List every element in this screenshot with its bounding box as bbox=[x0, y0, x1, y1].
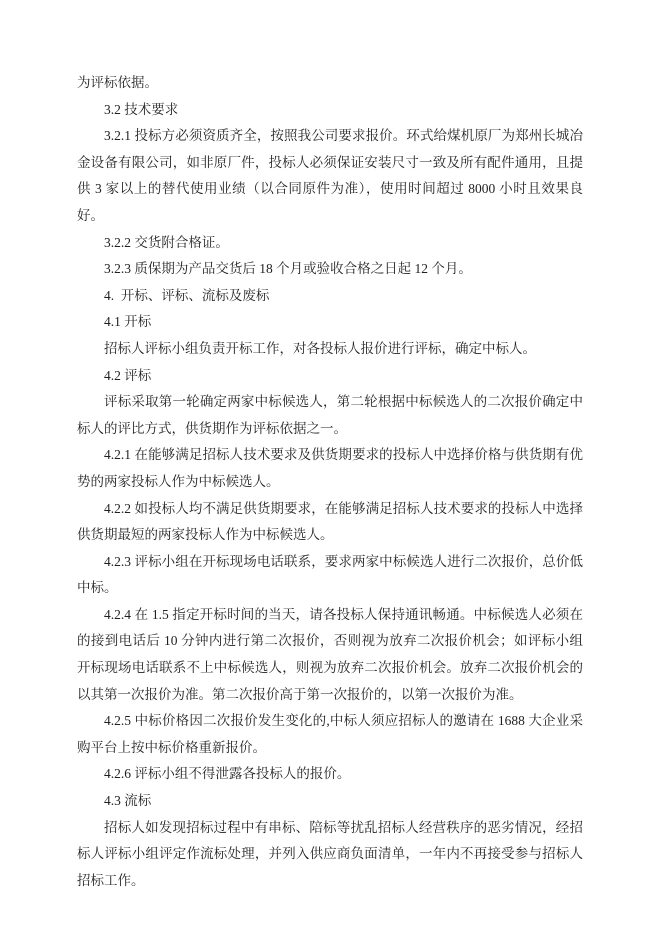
paragraph-continuation: 为评标依据。 bbox=[77, 70, 583, 97]
document-text-block: 为评标依据。 3.2 技术要求 3.2.1 投标方必须资质齐全，按照我公司要求报… bbox=[77, 70, 583, 894]
paragraph-4-2-4: 4.2.4 在 1.5 指定开标时间的当天，请各投标人保持通讯畅通。中标候选人必… bbox=[77, 602, 583, 708]
paragraph-4-2-2: 4.2.2 如投标人均不满足供货期要求，在能够满足招标人技术要求的投标人中选择供… bbox=[77, 496, 583, 549]
document-page: 为评标依据。 3.2 技术要求 3.2.1 投标方必须资质齐全，按照我公司要求报… bbox=[0, 0, 662, 936]
paragraph-4-2-3: 4.2.3 评标小组在开标现场电话联系，要求两家中标候选人进行二次报价，总价低中… bbox=[77, 549, 583, 602]
heading-4-1: 4.1 开标 bbox=[77, 309, 583, 336]
paragraph-4-2-5: 4.2.5 中标价格因二次报价发生变化的,中标人须应招标人的邀请在 1688 大… bbox=[77, 708, 583, 761]
paragraph-3-2-2: 3.2.2 交货附合格证。 bbox=[77, 230, 583, 257]
heading-3-2: 3.2 技术要求 bbox=[77, 97, 583, 124]
paragraph-4-1-body: 招标人评标小组负责开标工作，对各投标人报价进行评标，确定中标人。 bbox=[77, 336, 583, 363]
paragraph-4-2-6: 4.2.6 评标小组不得泄露各投标人的报价。 bbox=[77, 761, 583, 788]
heading-4: 4. 开标、评标、流标及废标 bbox=[77, 283, 583, 310]
paragraph-4-2-body: 评标采取第一轮确定两家中标候选人，第二轮根据中标候选人的二次报价确定中标人的评比… bbox=[77, 389, 583, 442]
paragraph-3-2-3: 3.2.3 质保期为产品交货后 18 个月或验收合格之日起 12 个月。 bbox=[77, 256, 583, 283]
heading-4-3: 4.3 流标 bbox=[77, 788, 583, 815]
paragraph-4-3-body: 招标人如发现招标过程中有串标、陪标等扰乱招标人经营秩序的恶劣情况，经招标人评标小… bbox=[77, 815, 583, 895]
heading-4-2: 4.2 评标 bbox=[77, 363, 583, 390]
paragraph-3-2-1: 3.2.1 投标方必须资质齐全，按照我公司要求报价。环式给煤机原厂为郑州长城冶金… bbox=[77, 123, 583, 229]
paragraph-4-2-1: 4.2.1 在能够满足招标人技术要求及供货期要求的投标人中选择价格与供货期有优势… bbox=[77, 442, 583, 495]
